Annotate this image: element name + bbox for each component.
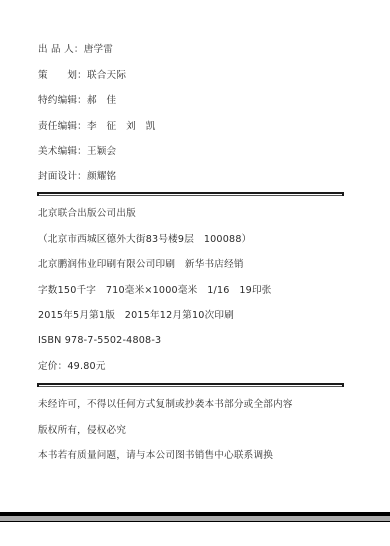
notice-quality: 本书若有质量问题，请与本公司图书销售中心联系调换 bbox=[38, 450, 273, 462]
section-divider bbox=[37, 383, 344, 387]
credit-value: 颜耀铭 bbox=[87, 171, 116, 182]
credit-label: 美术编辑： bbox=[38, 146, 87, 157]
notice-copy-restriction: 未经许可，不得以任何方式复制或抄袭本书部分或全部内容 bbox=[38, 399, 293, 411]
price-line: 定价：49.80元 bbox=[38, 361, 106, 373]
credit-label: 封面设计： bbox=[38, 171, 87, 182]
credit-label: 特约编辑： bbox=[38, 95, 87, 106]
credit-responsible-editor: 责任编辑：李 征 刘 凯 bbox=[38, 121, 156, 133]
credit-value: 郝 佳 bbox=[87, 95, 116, 106]
footer-band-thin bbox=[0, 521, 390, 522]
credit-publisher-producer: 出 品 人：唐学雷 bbox=[38, 44, 113, 56]
credit-art-editor: 美术编辑：王颖会 bbox=[38, 146, 116, 158]
credit-special-editor: 特约编辑：郝 佳 bbox=[38, 95, 116, 107]
editions-line: 2015年5月第1版 2015年12月第10次印刷 bbox=[38, 310, 234, 322]
publisher-line: 北京联合出版公司出版 bbox=[38, 208, 136, 220]
credit-value: 王颖会 bbox=[87, 146, 116, 157]
isbn-line: ISBN 978-7-5502-4808-3 bbox=[38, 335, 161, 347]
specs-line: 字数150千字 710毫米×1000毫米 1/16 19印张 bbox=[38, 285, 272, 297]
credit-value: 唐学雷 bbox=[84, 44, 113, 55]
credit-planning: 策 划：联合天际 bbox=[38, 70, 126, 82]
notice-copyright: 版权所有，侵权必究 bbox=[38, 425, 126, 437]
credit-label: 出 品 人： bbox=[38, 44, 84, 55]
credit-value: 联合天际 bbox=[87, 70, 126, 81]
credit-cover-design: 封面设计：颜耀铭 bbox=[38, 171, 116, 183]
credit-label: 责任编辑： bbox=[38, 121, 87, 132]
credit-label: 策 划： bbox=[38, 70, 87, 81]
printer-line: 北京鹏润伟业印刷有限公司印刷 新华书店经销 bbox=[38, 259, 244, 271]
address-line: （北京市西城区德外大街83号楼9层 100088） bbox=[38, 234, 251, 246]
section-divider bbox=[37, 192, 344, 196]
credit-value: 李 征 刘 凯 bbox=[87, 121, 156, 132]
